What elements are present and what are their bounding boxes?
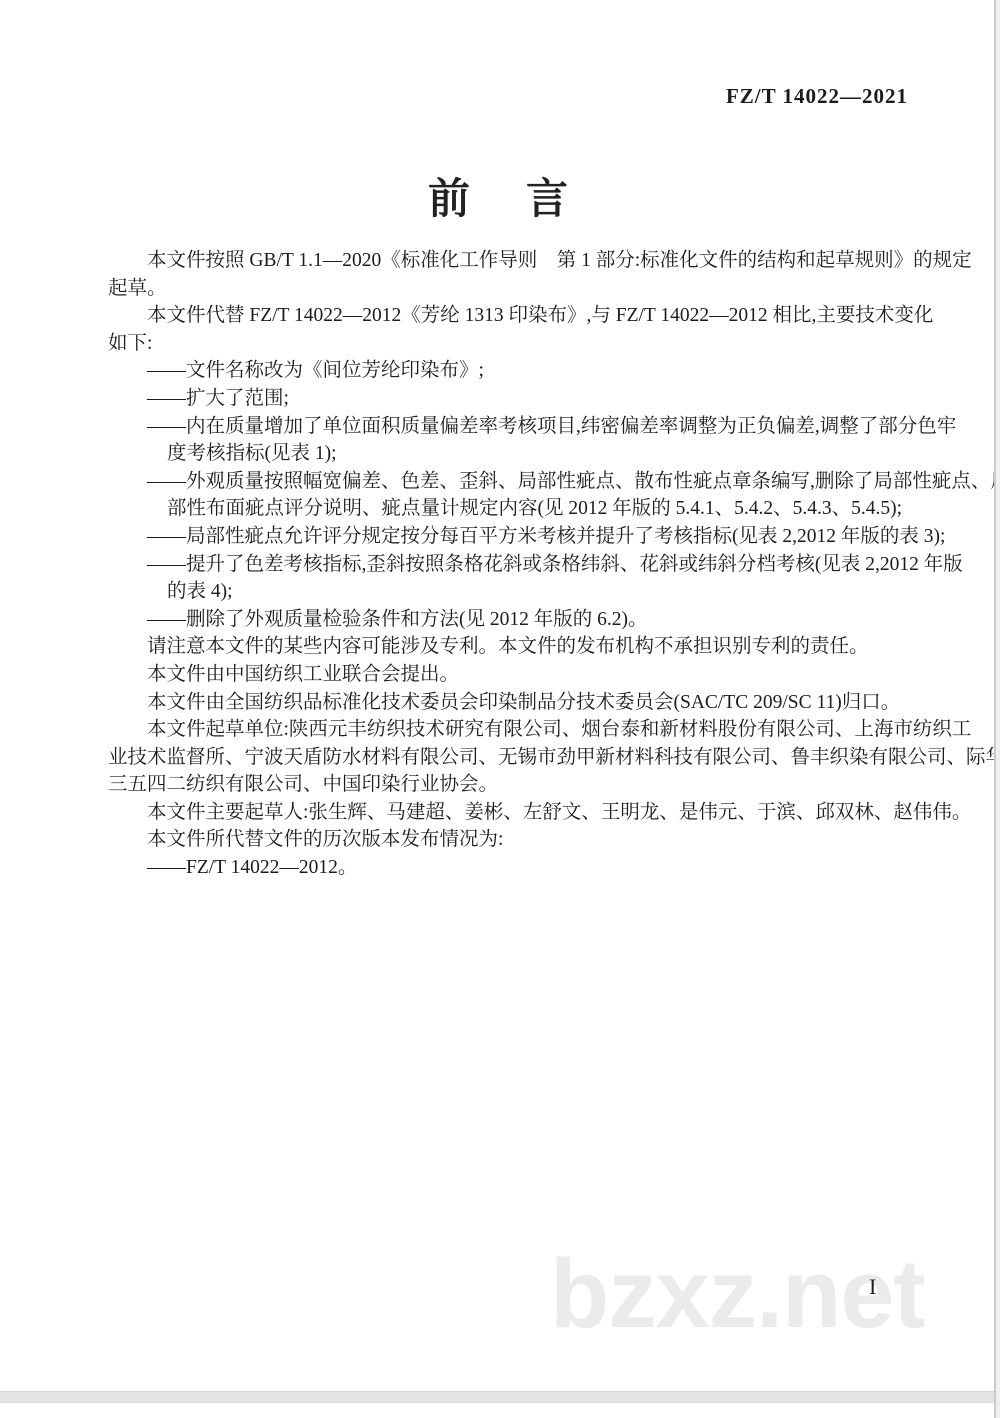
text-line: 本文件代替 FZ/T 14022—2012《芳纶 1313 印染布》,与 FZ/…	[108, 302, 914, 330]
text-line: ——扩大了范围;	[108, 385, 914, 413]
text-line: 业技术监督所、宁波天盾防水材料有限公司、无锡市劲甲新材料科技有限公司、鲁丰织染有…	[108, 744, 914, 772]
page-number: I	[869, 1274, 876, 1300]
text-line: 的表 4);	[108, 578, 914, 606]
text-line: 如下:	[108, 330, 914, 358]
text-line: 度考核指标(见表 1);	[108, 440, 914, 468]
text-line: ——FZ/T 14022—2012。	[108, 854, 914, 882]
text-line: 本文件起草单位:陕西元丰纺织技术研究有限公司、烟台泰和新材料股份有限公司、上海市…	[108, 716, 914, 744]
text-line: 本文件由全国纺织品标准化技术委员会印染制品分技术委员会(SAC/TC 209/S…	[108, 689, 914, 717]
text-line: ——局部性疵点允许评分规定按分每百平方米考核并提升了考核指标(见表 2,2012…	[108, 523, 914, 551]
foreword-title-text: 前言	[428, 175, 624, 222]
text-line: ——文件名称改为《间位芳纶印染布》;	[108, 357, 914, 385]
text-line: ——提升了色差考核指标,歪斜按照条格花斜或条格纬斜、花斜或纬斜分档考核(见表 2…	[108, 551, 914, 579]
page-right-edge-strip	[996, 0, 1000, 1418]
text-line: 本文件按照 GB/T 1.1—2020《标准化工作导则 第 1 部分:标准化文件…	[108, 247, 914, 275]
text-line: ——外观质量按照幅宽偏差、色差、歪斜、局部性疵点、散布性疵点章条编写,删除了局部…	[108, 468, 914, 496]
text-line: 本文件由中国纺织工业联合会提出。	[108, 661, 914, 689]
standard-code-header: FZ/T 14022—2021	[726, 84, 908, 109]
text-line: 部性布面疵点评分说明、疵点量计规定内容(见 2012 年版的 5.4.1、5.4…	[108, 495, 914, 523]
next-page-edge	[0, 1403, 996, 1418]
foreword-body: 本文件按照 GB/T 1.1—2020《标准化工作导则 第 1 部分:标准化文件…	[108, 247, 914, 882]
foreword-title: 前言	[0, 166, 996, 226]
text-line: 本文件主要起草人:张生辉、马建超、姜彬、左舒文、王明龙、是伟元、于滨、邱双林、赵…	[108, 799, 914, 827]
text-line: ——删除了外观质量检验条件和方法(见 2012 年版的 6.2)。	[108, 606, 914, 634]
text-line: ——内在质量增加了单位面积质量偏差率考核项目,纬密偏差率调整为正负偏差,调整了部…	[108, 413, 914, 441]
text-line: 三五四二纺织有限公司、中国印染行业协会。	[108, 771, 914, 799]
page-separator	[0, 1391, 996, 1403]
text-line: 起草。	[108, 275, 914, 303]
text-line: 本文件所代替文件的历次版本发布情况为:	[108, 826, 914, 854]
text-line: 请注意本文件的某些内容可能涉及专利。本文件的发布机构不承担识别专利的责任。	[108, 633, 914, 661]
document-page: FZ/T 14022—2021 前言 本文件按照 GB/T 1.1—2020《标…	[0, 0, 996, 1392]
